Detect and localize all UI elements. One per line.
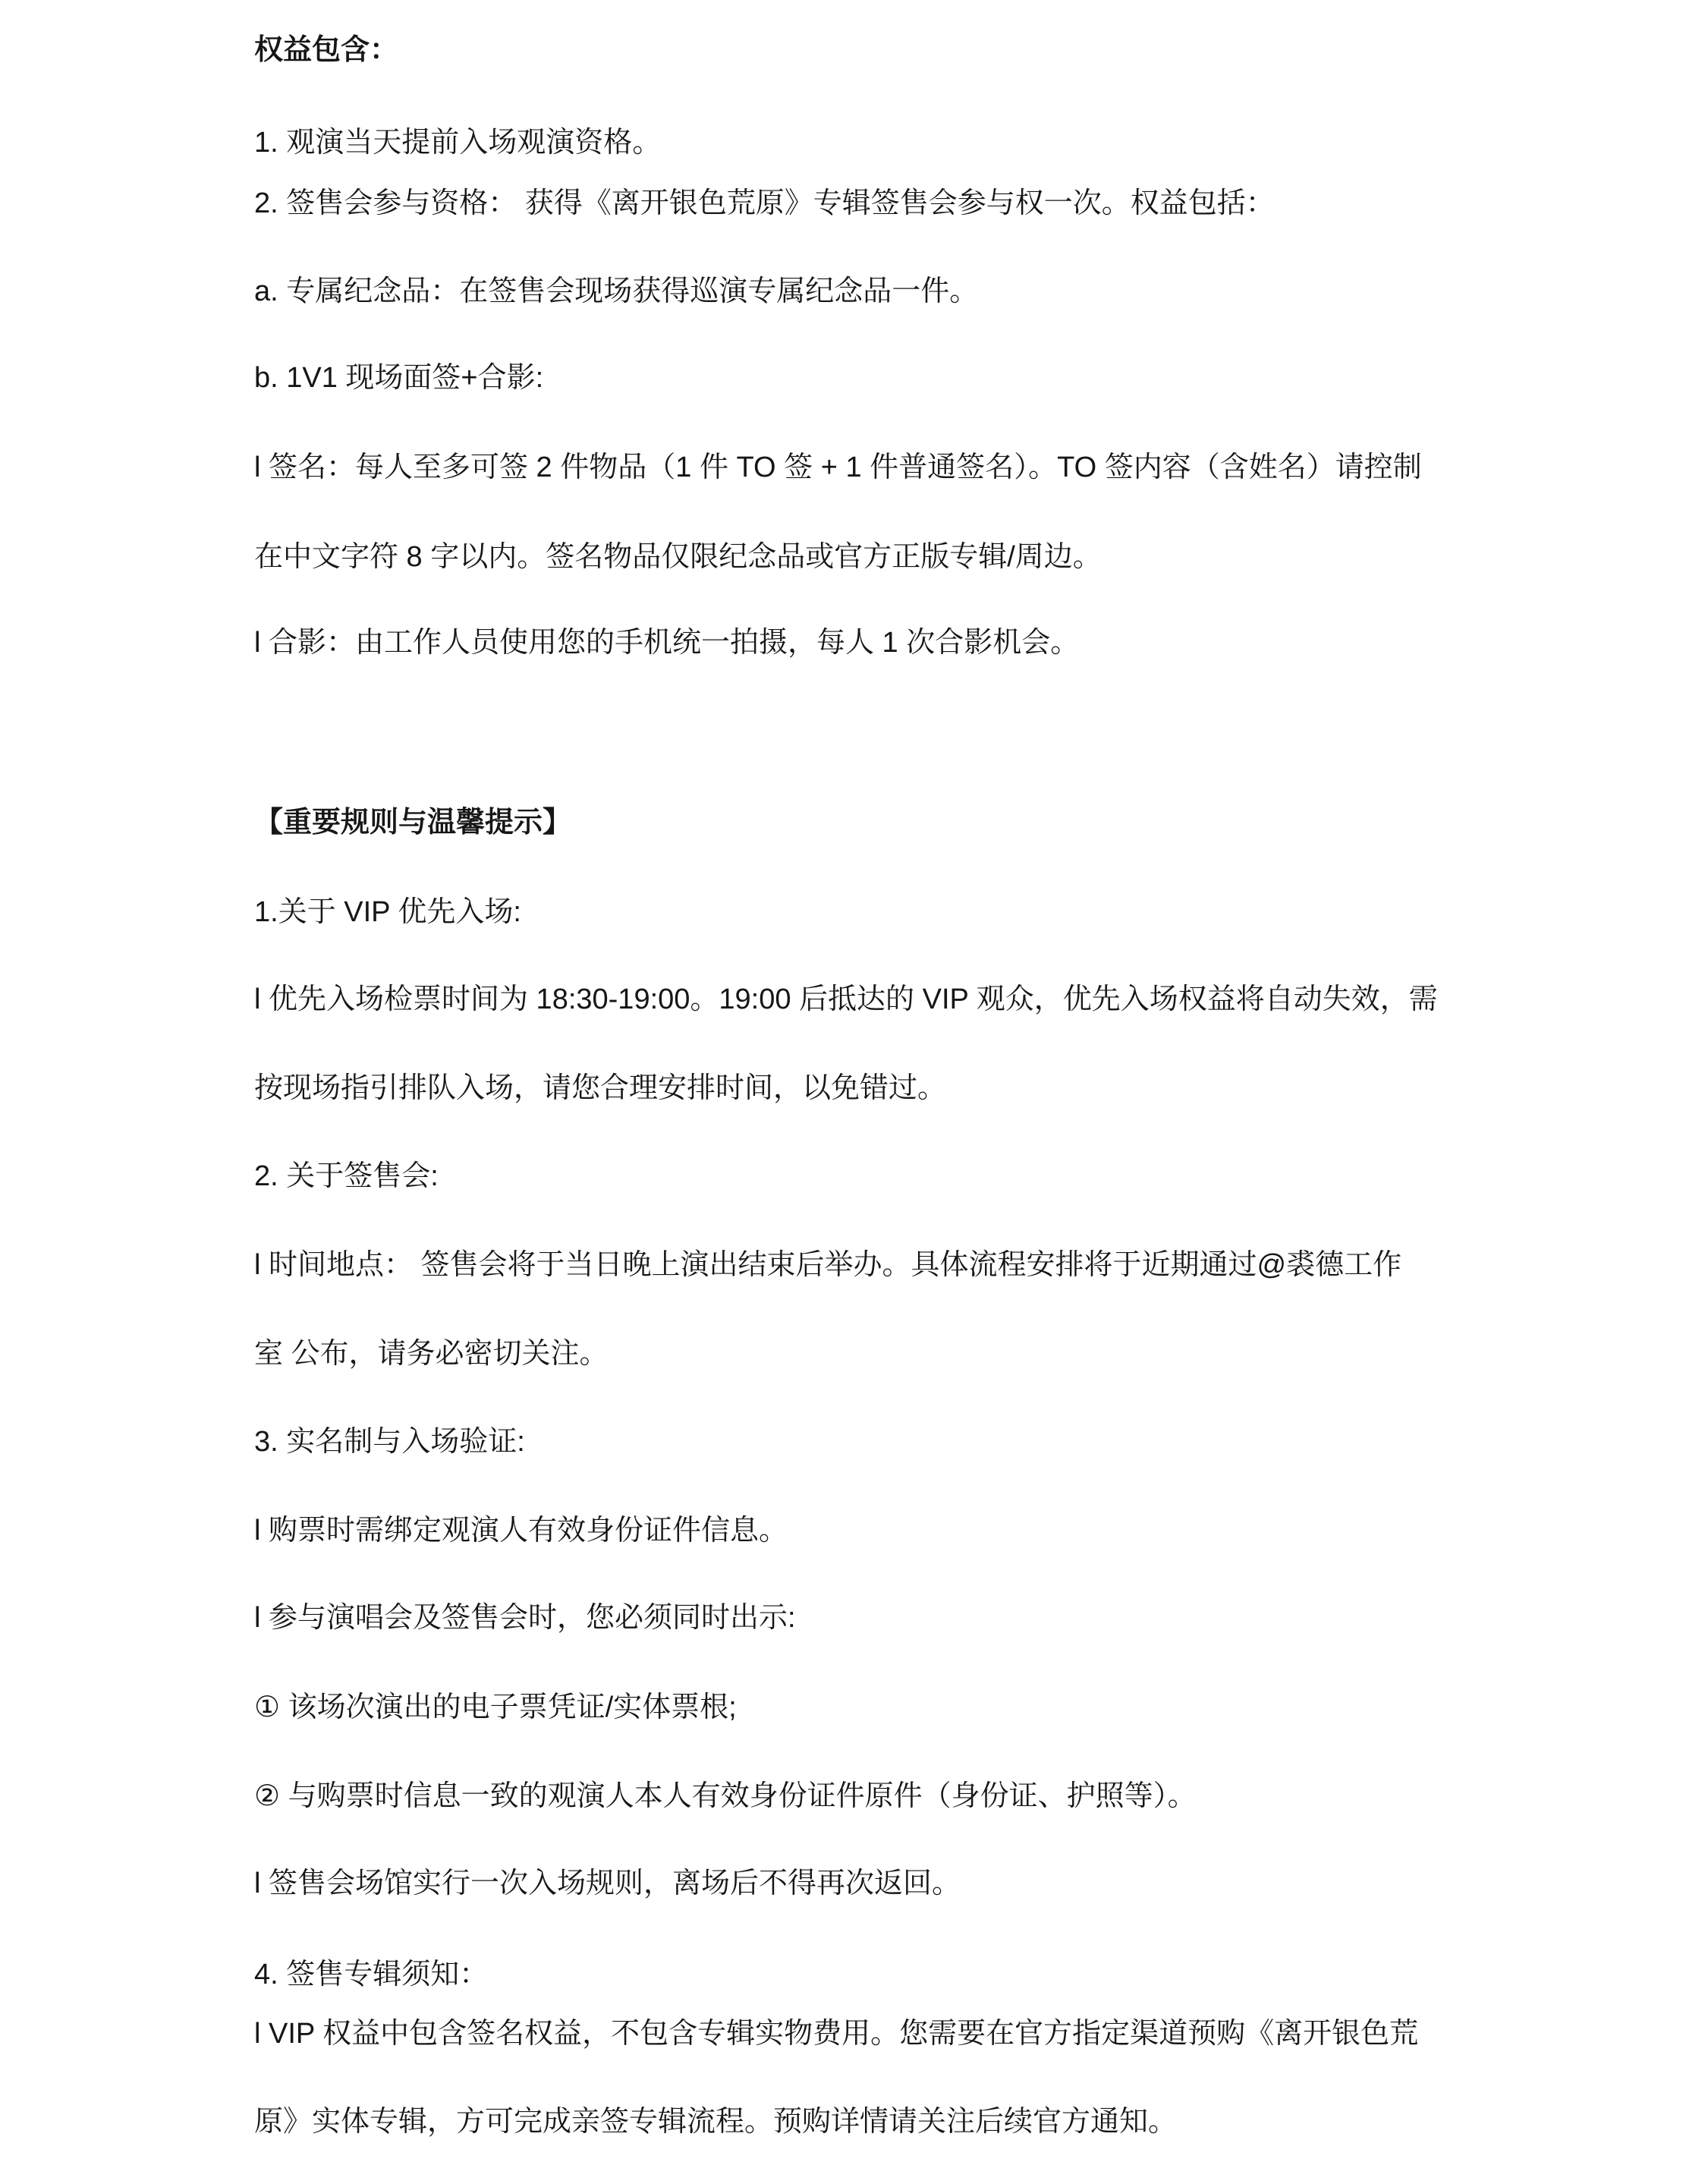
rule-3-bullet-3: l 签售会场馆实行一次入场规则，离场后不得再次返回。 — [254, 1865, 961, 1902]
rule-3-title: 3. 实名制与入场验证: — [254, 1424, 525, 1460]
benefits-item-2: 2. 签售会参与资格： 获得《离开银色荒原》专辑签售会参与权一次。权益包括： — [254, 185, 1275, 222]
rule-2-title: 2. 关于签售会: — [254, 1158, 439, 1194]
rule-1-line-2: 按现场指引排队入场，请您合理安排时间，以免错过。 — [254, 1070, 946, 1106]
benefits-item-1: 1. 观演当天提前入场观演资格。 — [254, 124, 661, 161]
rule-2-line-2: 室 公布，请务必密切关注。 — [254, 1336, 609, 1372]
section-heading-rules: 【重要规则与温馨提示】 — [254, 804, 571, 841]
rule-1-title: 1.关于 VIP 优先入场: — [254, 894, 521, 930]
photo-rule: l 合影：由工作人员使用您的手机统一拍摄，每人 1 次合影机会。 — [254, 625, 1079, 661]
signing-rule-line-2: 在中文字符 8 字以内。签名物品仅限纪念品或官方正版专辑/周边。 — [254, 539, 1102, 575]
benefits-item-2b: b. 1V1 现场面签+合影: — [254, 360, 543, 396]
rule-3-bullet-1: l 购票时需绑定观演人有效身份证件信息。 — [254, 1512, 788, 1549]
signing-rule-line-1: l 签名：每人至多可签 2 件物品（1 件 TO 签 + 1 件普通签名）。TO… — [254, 449, 1422, 486]
rule-4-line-2: 原》实体专辑，方可完成亲签专辑流程。预购详情请关注后续官方通知。 — [254, 2104, 1177, 2140]
rule-2-line-1: l 时间地点： 签售会将于当日晚上演出结束后举办。具体流程安排将于近期通过@裘德… — [254, 1247, 1401, 1283]
rule-3-item-1: ① 该场次演出的电子票凭证/实体票根; — [254, 1689, 737, 1726]
rule-4-title: 4. 签售专辑须知： — [254, 1956, 488, 1993]
rule-4-line-1: l VIP 权益中包含签名权益，不包含专辑实物费用。您需要在官方指定渠道预购《离… — [254, 2016, 1418, 2052]
benefits-item-2a: a. 专属纪念品：在签售会现场获得巡演专属纪念品一件。 — [254, 273, 978, 310]
rule-3-item-2: ② 与购票时信息一致的观演人本人有效身份证件原件（身份证、护照等）。 — [254, 1778, 1197, 1814]
section-heading-benefits: 权益包含： — [254, 32, 398, 68]
rule-1-line-1: l 优先入场检票时间为 18:30-19:00。19:00 后抵达的 VIP 观… — [254, 981, 1438, 1018]
document-page: 权益包含： 1. 观演当天提前入场观演资格。 2. 签售会参与资格： 获得《离开… — [0, 0, 1686, 2184]
rule-3-bullet-2: l 参与演唱会及签售会时，您必须同时出示: — [254, 1600, 796, 1636]
